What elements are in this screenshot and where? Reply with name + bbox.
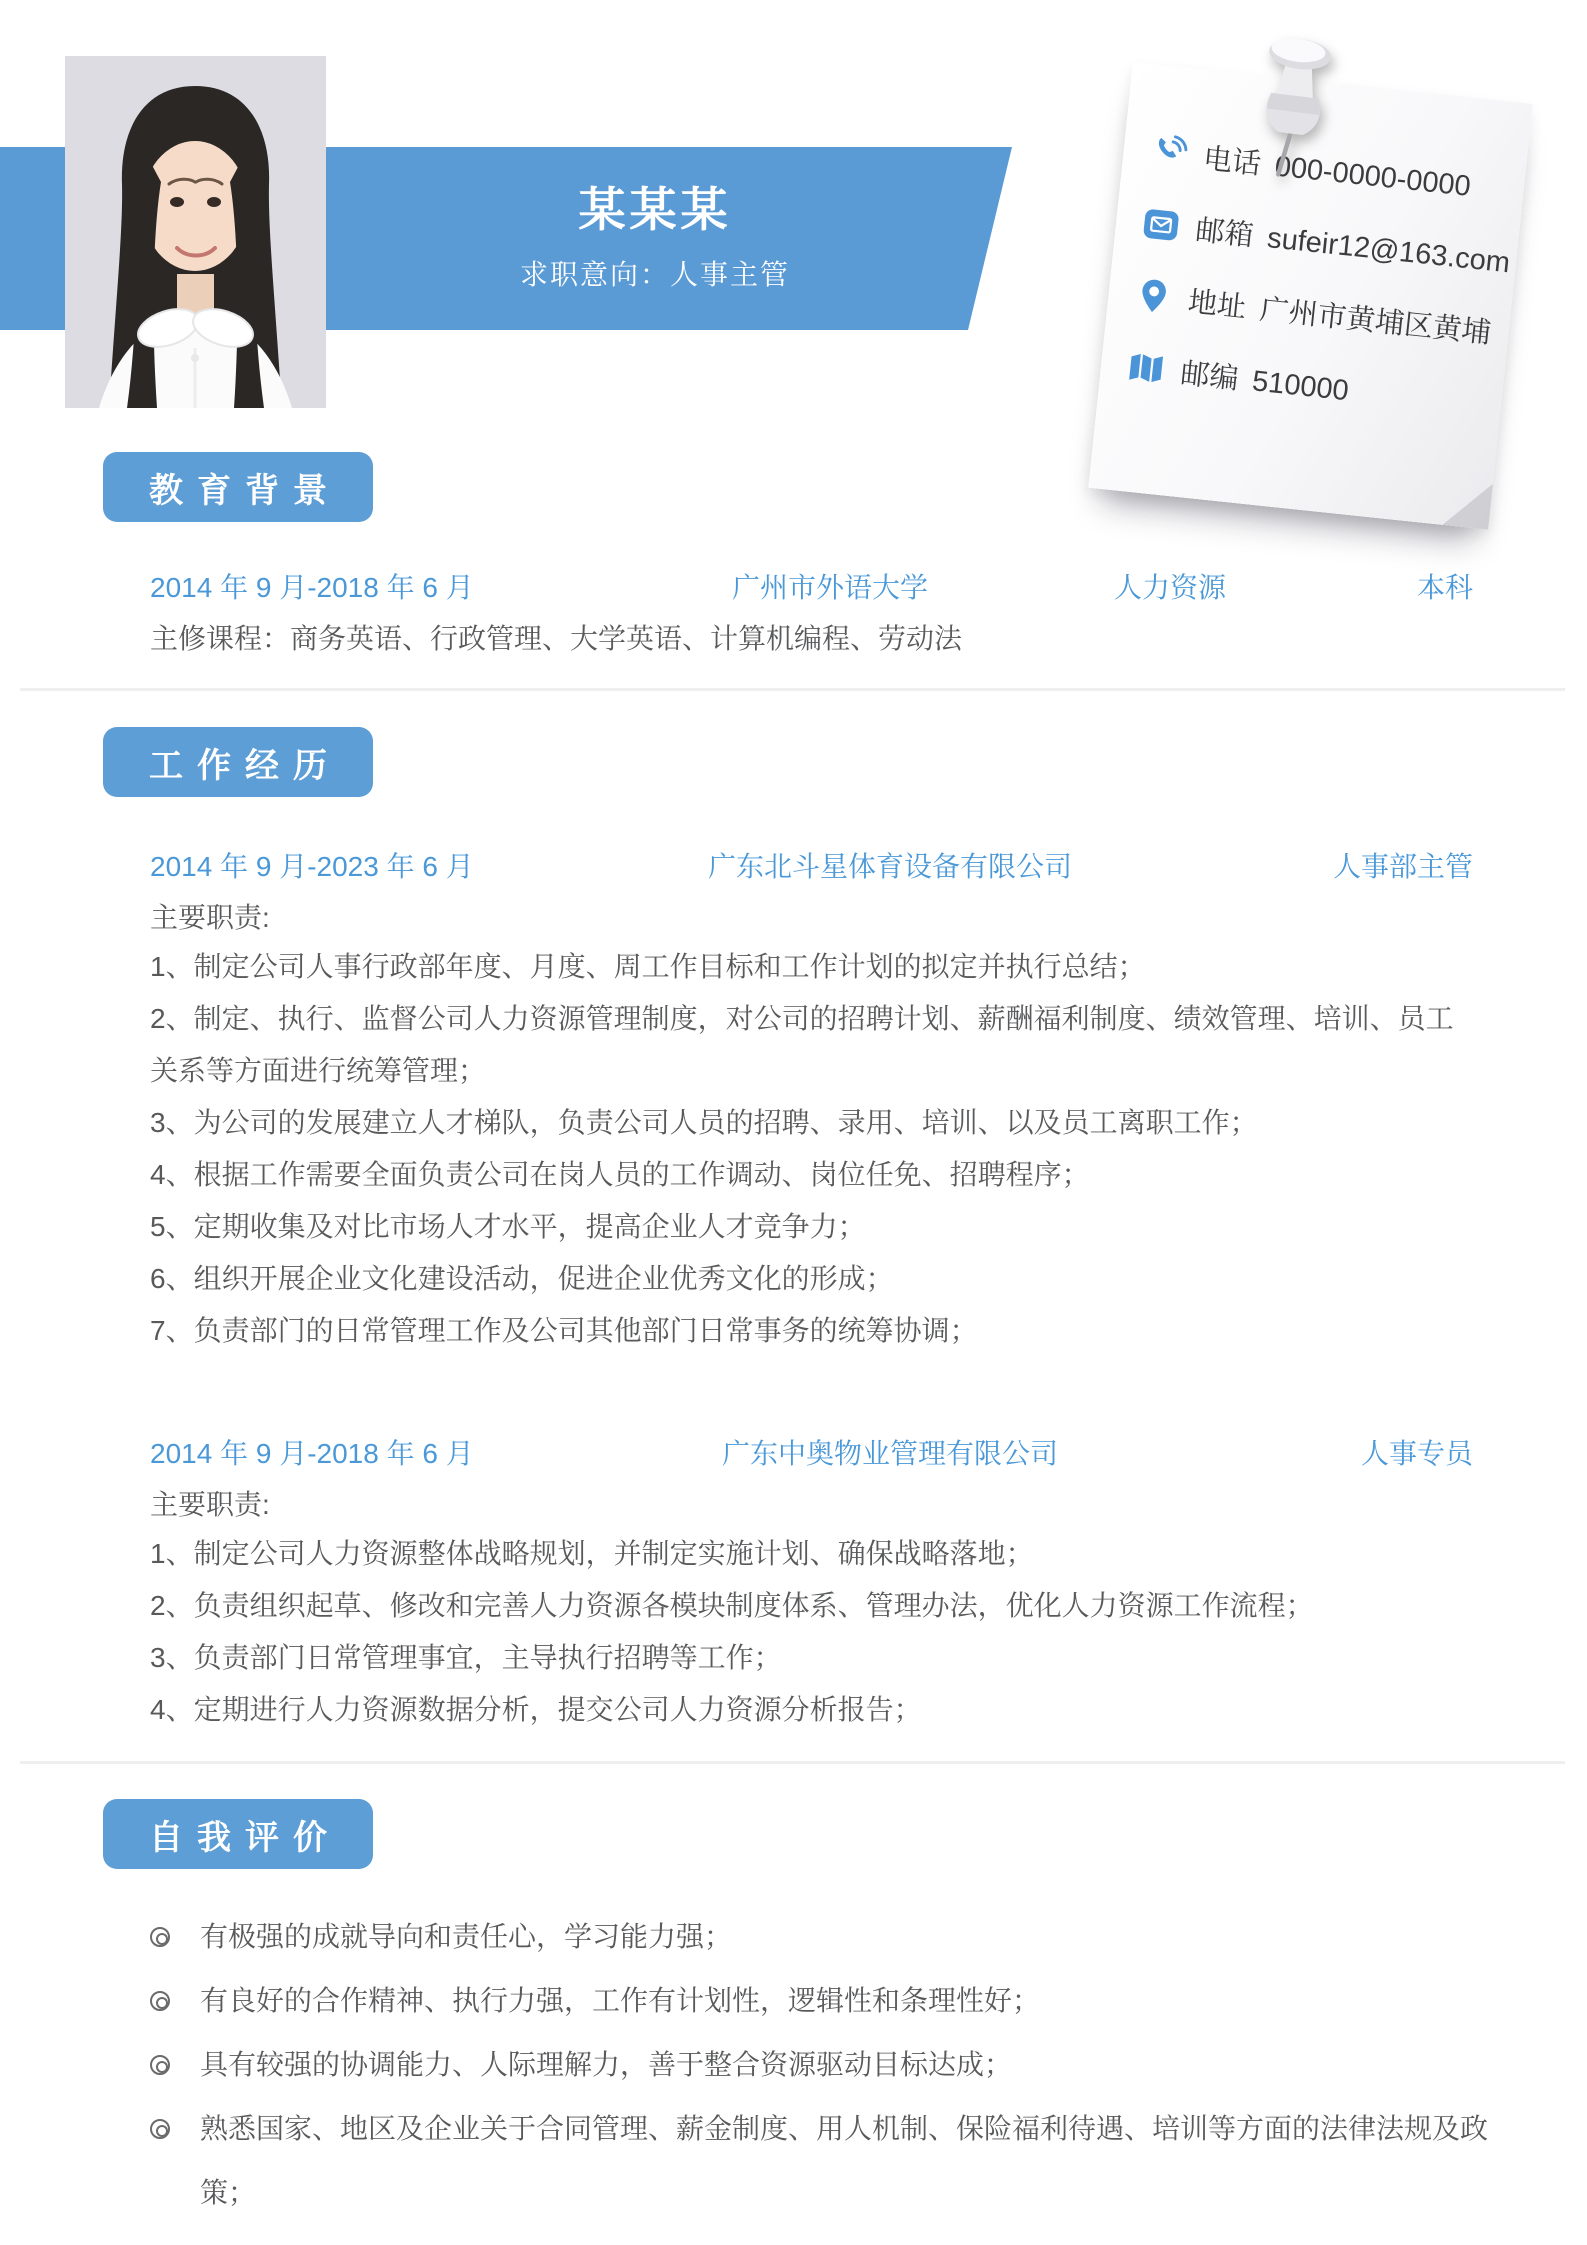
- education-major: 人力资源: [1030, 566, 1310, 606]
- education-period: 2014 年 9 月-2018 年 6 月: [150, 566, 474, 606]
- location-icon: [1133, 275, 1175, 317]
- bullseye-bullet-icon: [150, 1969, 200, 2033]
- evaluation-item: 有极强的成就导向和责任心，学习能力强；: [150, 1905, 1490, 1969]
- job-header-row: 2014 年 9 月-2018 年 6 月 广东中奥物业管理有限公司 人事专员: [150, 1432, 1473, 1472]
- duties-label: 主要职责:: [150, 1483, 270, 1523]
- job-header-row: 2014 年 9 月-2023 年 6 月 广东北斗星体育设备有限公司 人事部主…: [150, 845, 1473, 885]
- education-courses: 主修课程：商务英语、行政管理、大学英语、计算机编程、劳动法: [150, 617, 1480, 657]
- job-period: 2014 年 9 月-2023 年 6 月: [150, 845, 474, 885]
- duties-label: 主要职责:: [150, 896, 270, 936]
- duty-item: 4、根据工作需要全面负责公司在岗人员的工作调动、岗位任免、招聘程序；: [150, 1149, 1475, 1201]
- self-evaluation-list: 有极强的成就导向和责任心，学习能力强； 有良好的合作精神、执行力强，工作有计划性…: [150, 1905, 1490, 2225]
- candidate-name: 某某某: [330, 173, 980, 240]
- bullseye-bullet-icon: [150, 1905, 200, 1969]
- contact-label: 地址: [1187, 286, 1248, 324]
- duty-item: 4、定期进行人力资源数据分析，提交公司人力资源分析报告；: [150, 1684, 1475, 1736]
- evaluation-item: 有良好的合作精神、执行力强，工作有计划性，逻辑性和条理性好；: [150, 1969, 1490, 2033]
- duty-item: 3、负责部门日常管理事宜，主导执行招聘等工作；: [150, 1632, 1475, 1684]
- contact-row-zip: 邮编510000: [1125, 345, 1351, 409]
- contact-label: 邮编: [1179, 358, 1240, 396]
- evaluation-item: 具有较强的协调能力、人际理解力，善于整合资源驱动目标达成；: [150, 2033, 1490, 2097]
- evaluation-text: 有极强的成就导向和责任心，学习能力强；: [200, 1905, 1490, 1969]
- duty-item: 5、定期收集及对比市场人才水平，提高企业人才竞争力；: [150, 1201, 1475, 1253]
- bullseye-bullet-icon: [150, 2033, 200, 2097]
- contact-label: 邮箱: [1194, 215, 1255, 253]
- education-degree: 本科: [1417, 566, 1473, 606]
- phone-icon: [1148, 132, 1190, 174]
- section-title: 自我评价: [135, 1810, 341, 1859]
- duty-item: 6、组织开展企业文化建设活动，促进企业优秀文化的形成；: [150, 1253, 1475, 1305]
- education-row: 2014 年 9 月-2018 年 6 月 广州市外语大学 人力资源 本科: [150, 566, 1473, 606]
- section-badge-self-evaluation: 自我评价: [103, 1799, 373, 1869]
- mail-icon: [1140, 203, 1182, 245]
- evaluation-item: 熟悉国家、地区及企业关于合同管理、薪金制度、用人机制、保险福利待遇、培训等方面的…: [150, 2097, 1490, 2225]
- evaluation-text: 有良好的合作精神、执行力强，工作有计划性，逻辑性和条理性好；: [200, 1969, 1490, 2033]
- duties-list: 1、制定公司人力资源整体战略规划，并制定实施计划、确保战略落地； 2、负责组织起…: [150, 1528, 1475, 1736]
- portrait-illustration: [65, 56, 326, 408]
- duties-list: 1、制定公司人事行政部年度、月度、周工作目标和工作计划的拟定并执行总结； 2、制…: [150, 941, 1475, 1357]
- duty-item: 7、负责部门的日常管理工作及公司其他部门日常事务的统筹协调；: [150, 1305, 1475, 1357]
- section-title: 教育背景: [135, 463, 341, 512]
- contact-row-email: 邮箱sufeir12@163.com: [1140, 202, 1512, 281]
- contact-text: 邮箱sufeir12@163.com: [1194, 208, 1512, 282]
- bullseye-bullet-icon: [150, 2097, 200, 2161]
- header-text-block: 某某某 求职意向：人事主管: [330, 147, 980, 330]
- education-school: 广州市外语大学: [620, 566, 1040, 606]
- duty-item: 1、制定公司人力资源整体战略规划，并制定实施计划、确保战略落地；: [150, 1528, 1475, 1580]
- candidate-photo: [65, 56, 326, 408]
- duty-item: 1、制定公司人事行政部年度、月度、周工作目标和工作计划的拟定并执行总结；: [150, 941, 1475, 993]
- duty-item: 2、负责组织起草、修改和完善人力资源各模块制度体系、管理办法，优化人力资源工作流…: [150, 1580, 1475, 1632]
- section-badge-work: 工作经历: [103, 727, 373, 797]
- job-period: 2014 年 9 月-2018 年 6 月: [150, 1432, 474, 1472]
- section-badge-education: 教育背景: [103, 452, 373, 522]
- section-divider: [20, 1761, 1565, 1764]
- evaluation-text: 具有较强的协调能力、人际理解力，善于整合资源驱动目标达成；: [200, 2033, 1490, 2097]
- contact-value: 510000: [1251, 365, 1351, 407]
- contact-text: 地址广州市黄埔区黄埔: [1186, 279, 1493, 352]
- job-position: 人事专员: [1361, 1432, 1473, 1472]
- evaluation-text: 熟悉国家、地区及企业关于合同管理、薪金制度、用人机制、保险福利待遇、培训等方面的…: [200, 2097, 1490, 2225]
- duty-item: 3、为公司的发展建立人才梯队，负责公司人员的招聘、录用、培训、以及员工离职工作；: [150, 1097, 1475, 1149]
- job-company: 广东北斗星体育设备有限公司: [540, 845, 1240, 885]
- section-divider: [20, 688, 1565, 691]
- pushpin-icon: [1248, 34, 1344, 192]
- contact-text: 邮编510000: [1179, 351, 1351, 409]
- job-position: 人事部主管: [1333, 845, 1473, 885]
- map-icon: [1125, 347, 1167, 389]
- job-intention: 求职意向：人事主管: [330, 253, 980, 293]
- section-title: 工作经历: [135, 738, 341, 787]
- contact-value: 广州市黄埔区黄埔: [1258, 294, 1492, 350]
- contact-row-address: 地址广州市黄埔区黄埔: [1133, 274, 1493, 352]
- duty-item: 2、制定、执行、监督公司人力资源管理制度，对公司的招聘计划、薪酬福利制度、绩效管…: [150, 993, 1475, 1097]
- resume-page: 某某某 求职意向：人事主管: [0, 0, 1587, 2245]
- job-company: 广东中奥物业管理有限公司: [540, 1432, 1240, 1472]
- contact-value: sufeir12@163.com: [1266, 222, 1512, 279]
